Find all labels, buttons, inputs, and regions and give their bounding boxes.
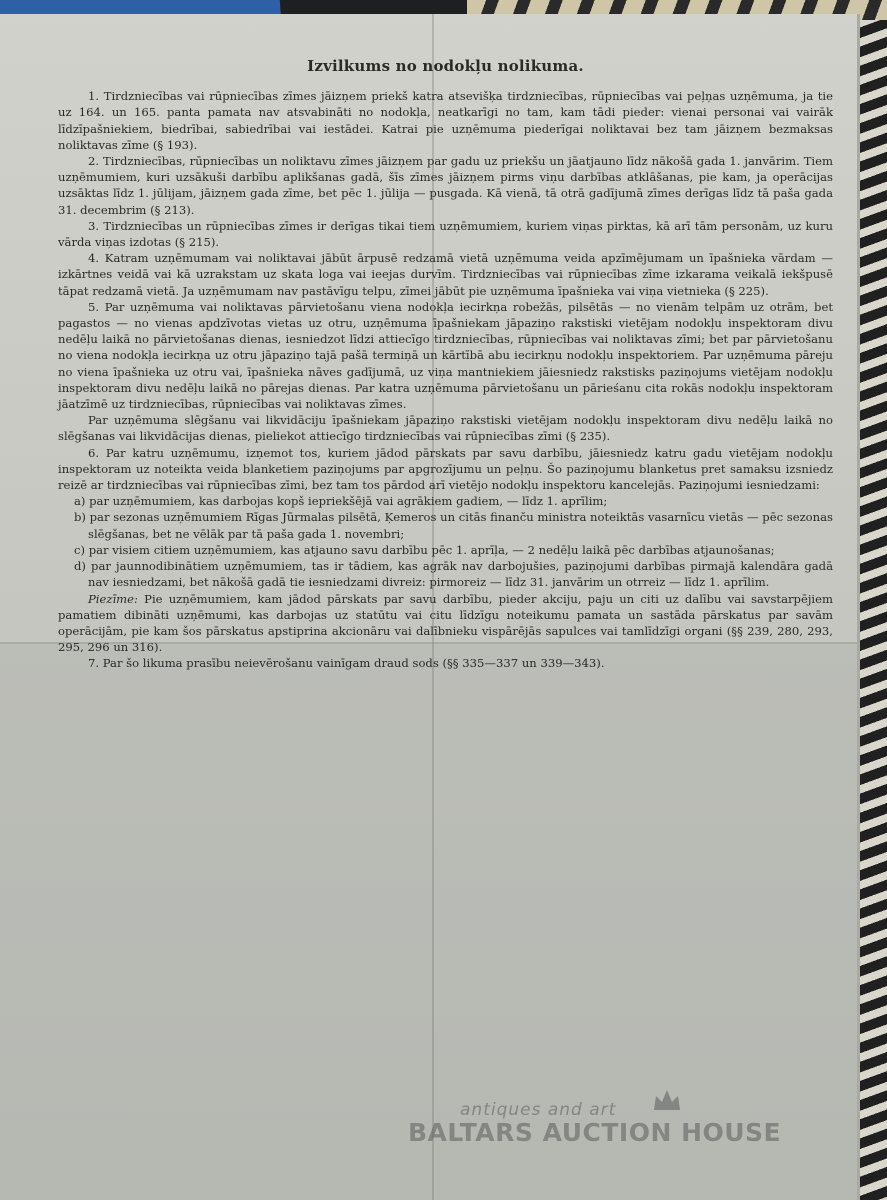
paragraph-6: 6. Par katru uzņēmumu, izņemot tos, kuri… — [58, 445, 833, 494]
sub-item-a: a) par uzņēmumiem, kas darbojas kopš iep… — [58, 493, 833, 509]
document-title: Izvilkums no nodokļu nolikuma. — [58, 58, 833, 74]
note-text: Pie uzņēmumiem, kam jādod pārskats par s… — [58, 592, 833, 655]
paragraph-1: 1. Tirdzniecības vai rūpniecības zīmes j… — [58, 88, 833, 153]
paragraph-3: 3. Tirdzniecības un rūpniecības zīmes ir… — [58, 218, 833, 250]
document-content: Izvilkums no nodokļu nolikuma. 1. Tirdzn… — [58, 58, 833, 672]
watermark-tagline: antiques and art — [460, 1100, 808, 1120]
sub-item-c: c) par visiem citiem uzņēmumiem, kas atj… — [58, 542, 833, 558]
watermark: antiques and art BALTARS AUCTION HOUSE — [408, 1100, 808, 1147]
note-paragraph: Piezīme: Pie uzņēmumiem, kam jādod pārsk… — [58, 591, 833, 656]
paragraph-2: 2. Tirdzniecības, rūpniecības un nolikta… — [58, 153, 833, 218]
fabric-side-background — [857, 20, 887, 1200]
paragraph-5: 5. Par uzņēmuma vai noliktavas pārvietoš… — [58, 299, 833, 412]
paragraph-5-closure: Par uzņēmuma slēgšanu vai likvidāciju īp… — [58, 412, 833, 444]
watermark-brand: BALTARS AUCTION HOUSE — [408, 1118, 808, 1147]
sub-item-b: b) par sezonas uzņēmumiem Rīgas Jūrmalas… — [58, 509, 833, 541]
sub-item-d: d) par jaunnodibinātiem uzņēmumiem, tas … — [58, 558, 833, 590]
crown-icon — [652, 1088, 682, 1112]
paragraph-7: 7. Par šo likuma prasību neievērošanu va… — [58, 655, 833, 671]
note-label: Piezīme: — [88, 592, 138, 606]
paragraph-4: 4. Katram uzņēmumam vai noliktavai jābūt… — [58, 250, 833, 299]
